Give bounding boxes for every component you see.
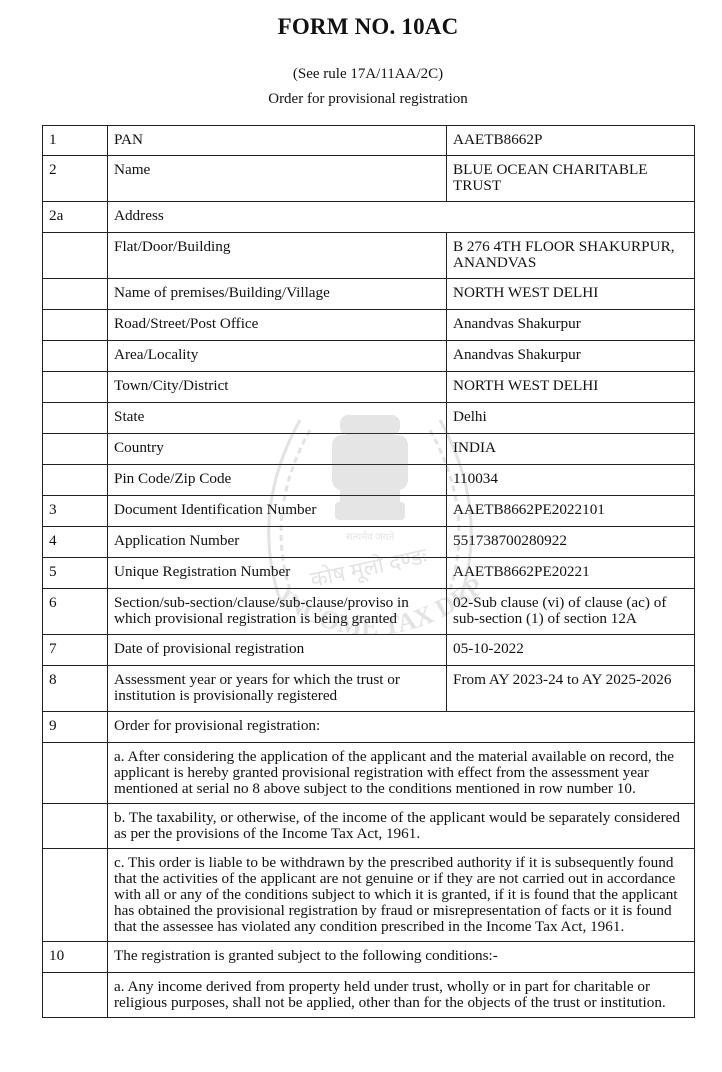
table-row-address: Area/Locality Anandvas Shakurpur [43, 341, 695, 372]
field-label: Unique Registration Number [108, 558, 447, 589]
field-label: Area/Locality [108, 341, 447, 372]
field-value: 05-10-2022 [447, 635, 695, 666]
table-row-application-number: 4 Application Number 551738700280922 [43, 527, 695, 558]
serial-number: 10 [43, 942, 108, 973]
serial-blank [43, 279, 108, 310]
condition-paragraph-a: a. Any income derived from property held… [108, 973, 695, 1018]
serial-number: 1 [43, 126, 108, 156]
field-label: PAN [108, 126, 447, 156]
field-value: Anandvas Shakurpur [447, 341, 695, 372]
field-value: Delhi [447, 403, 695, 434]
field-value: NORTH WEST DELHI [447, 372, 695, 403]
order-paragraph-c: c. This order is liable to be withdrawn … [108, 849, 695, 942]
field-label: Country [108, 434, 447, 465]
field-value: NORTH WEST DELHI [447, 279, 695, 310]
table-row-address: Flat/Door/Building B 276 4TH FLOOR SHAKU… [43, 233, 695, 279]
field-label: Date of provisional registration [108, 635, 447, 666]
section-heading: Order for provisional registration: [108, 712, 695, 743]
field-value: 551738700280922 [447, 527, 695, 558]
serial-number: 2 [43, 156, 108, 202]
field-value: INDIA [447, 434, 695, 465]
field-label: State [108, 403, 447, 434]
field-label: Road/Street/Post Office [108, 310, 447, 341]
rule-reference: (See rule 17A/11AA/2C) [0, 66, 722, 83]
table-row-address: Country INDIA [43, 434, 695, 465]
table-row-order-paragraph: b. The taxability, or otherwise, of the … [43, 804, 695, 849]
serial-blank [43, 849, 108, 942]
order-paragraph-a: a. After considering the application of … [108, 743, 695, 804]
field-value: 02-Sub clause (vi) of clause (ac) of sub… [447, 589, 695, 635]
serial-number: 2a [43, 202, 108, 233]
serial-number: 7 [43, 635, 108, 666]
table-row-assessment-year: 8 Assessment year or years for which the… [43, 666, 695, 712]
field-value: AAETB8662PE20221 [447, 558, 695, 589]
serial-blank [43, 233, 108, 279]
serial-number: 3 [43, 496, 108, 527]
field-label: Flat/Door/Building [108, 233, 447, 279]
serial-blank [43, 465, 108, 496]
field-label: Name of premises/Building/Village [108, 279, 447, 310]
serial-blank [43, 434, 108, 465]
table-row-date: 7 Date of provisional registration 05-10… [43, 635, 695, 666]
table-row-order-paragraph: a. After considering the application of … [43, 743, 695, 804]
section-heading: Address [108, 202, 695, 233]
serial-blank [43, 310, 108, 341]
table-row-order-heading: 9 Order for provisional registration: [43, 712, 695, 743]
field-label: Assessment year or years for which the t… [108, 666, 447, 712]
table-row-conditions-heading: 10 The registration is granted subject t… [43, 942, 695, 973]
field-value: B 276 4TH FLOOR SHAKURPUR, ANANDVAS [447, 233, 695, 279]
table-row-din: 3 Document Identification Number AAETB86… [43, 496, 695, 527]
field-value: 110034 [447, 465, 695, 496]
serial-number: 4 [43, 527, 108, 558]
serial-blank [43, 403, 108, 434]
field-value: From AY 2023-24 to AY 2025-2026 [447, 666, 695, 712]
table-row-section: 6 Section/sub-section/clause/sub-clause/… [43, 589, 695, 635]
serial-blank [43, 743, 108, 804]
serial-blank [43, 973, 108, 1018]
table-row-address: Name of premises/Building/Village NORTH … [43, 279, 695, 310]
serial-number: 5 [43, 558, 108, 589]
table-row-address: Pin Code/Zip Code 110034 [43, 465, 695, 496]
form-title: FORM NO. 10AC [0, 14, 722, 40]
table-row-address: Road/Street/Post Office Anandvas Shakurp… [43, 310, 695, 341]
table-row-pan: 1 PAN AAETB8662P [43, 126, 695, 156]
order-paragraph-b: b. The taxability, or otherwise, of the … [108, 804, 695, 849]
serial-number: 9 [43, 712, 108, 743]
field-label: Town/City/District [108, 372, 447, 403]
field-label: Name [108, 156, 447, 202]
serial-number: 8 [43, 666, 108, 712]
serial-blank [43, 804, 108, 849]
serial-blank [43, 372, 108, 403]
field-value: AAETB8662PE2022101 [447, 496, 695, 527]
field-value: BLUE OCEAN CHARITABLE TRUST [447, 156, 695, 202]
field-label: Application Number [108, 527, 447, 558]
registration-form-table: 1 PAN AAETB8662P 2 Name BLUE OCEAN CHARI… [42, 125, 695, 1018]
field-label: Document Identification Number [108, 496, 447, 527]
table-row-urn: 5 Unique Registration Number AAETB8662PE… [43, 558, 695, 589]
field-label: Pin Code/Zip Code [108, 465, 447, 496]
section-heading: The registration is granted subject to t… [108, 942, 695, 973]
field-value: AAETB8662P [447, 126, 695, 156]
table-row-conditions-paragraph: a. Any income derived from property held… [43, 973, 695, 1018]
serial-blank [43, 341, 108, 372]
table-row-address: Town/City/District NORTH WEST DELHI [43, 372, 695, 403]
table-row-name: 2 Name BLUE OCEAN CHARITABLE TRUST [43, 156, 695, 202]
field-label: Section/sub-section/clause/sub-clause/pr… [108, 589, 447, 635]
form-subtitle: Order for provisional registration [0, 91, 722, 108]
table-row-address-heading: 2a Address [43, 202, 695, 233]
serial-number: 6 [43, 589, 108, 635]
table-row-address: State Delhi [43, 403, 695, 434]
field-value: Anandvas Shakurpur [447, 310, 695, 341]
table-row-order-paragraph: c. This order is liable to be withdrawn … [43, 849, 695, 942]
